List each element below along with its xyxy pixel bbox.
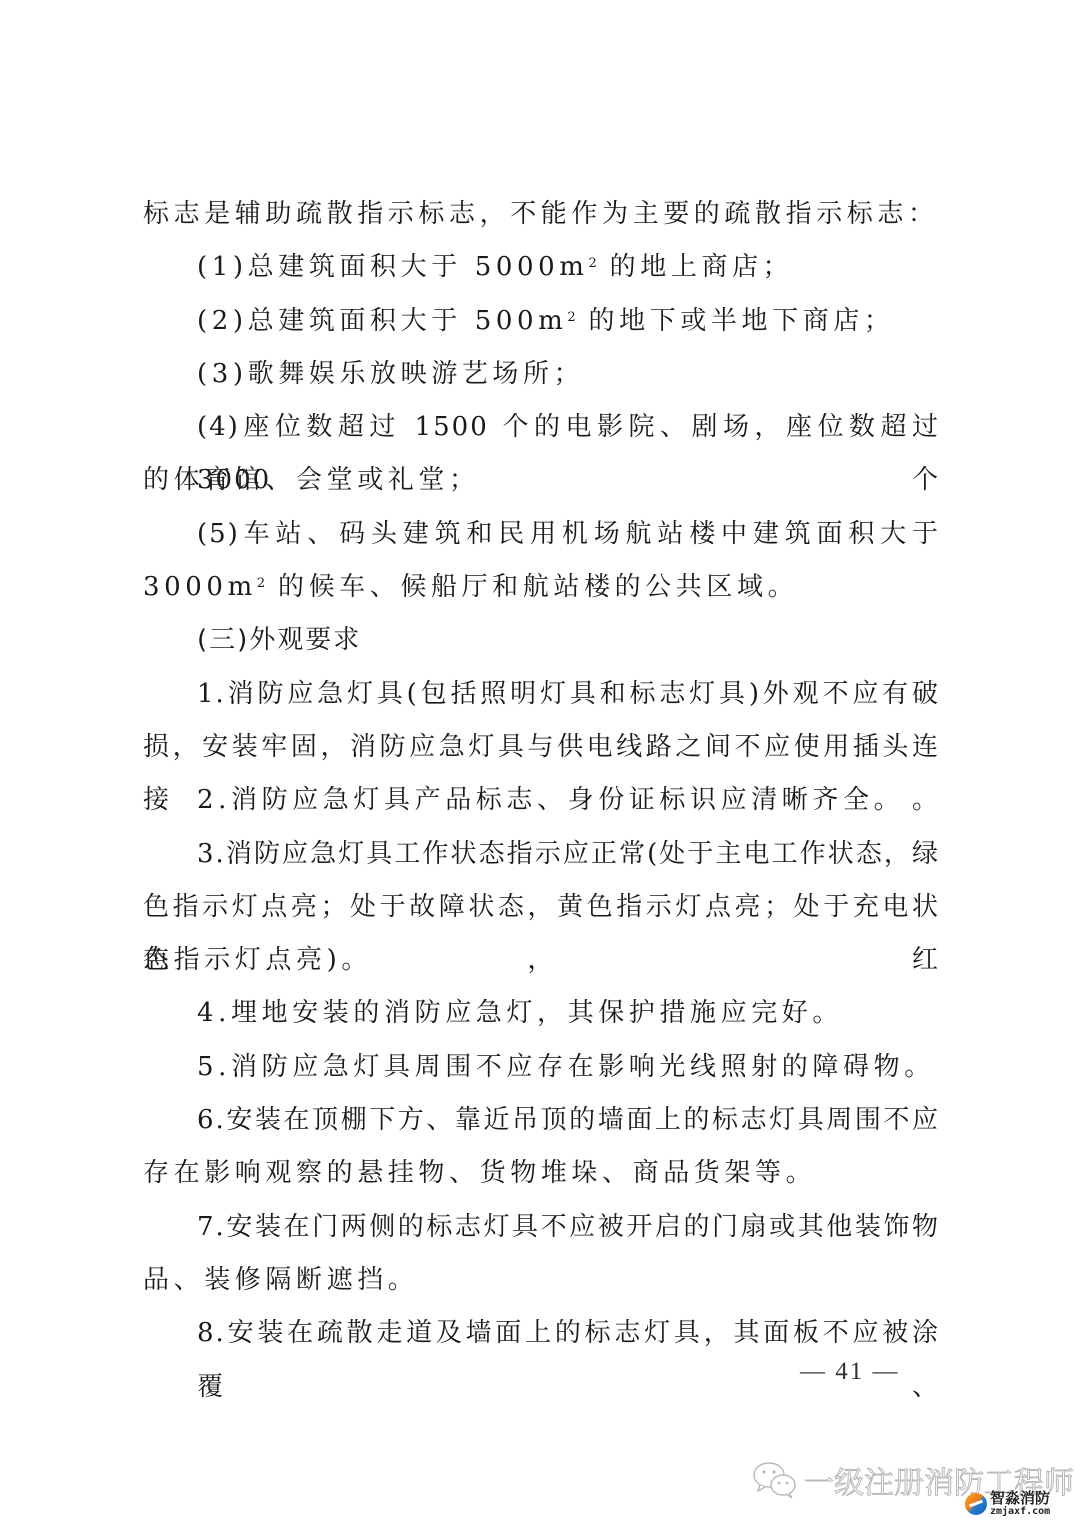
line-text: 5.消防应急灯具周围不应存在影响光线照射的障碍物。 (197, 1052, 935, 1082)
superscript: 2 (257, 576, 265, 591)
list-item-3: (3)歌舞娱乐放映游艺场所； (143, 348, 943, 401)
item-1: 1.消防应急灯具(包括照明灯具和标志灯具)外观不应有破 (143, 668, 940, 721)
text-line-7: 3000m2 的候车、候船厅和航站楼的公共区域。 (143, 561, 943, 614)
line-text: (3)歌舞娱乐放映游艺场所； (197, 359, 584, 389)
brand-logo-block: 智淼消防 zmjaxf.com (965, 1491, 1050, 1517)
line-text: 的地下或半地下商店； (576, 306, 895, 336)
document-body: 标志是辅助疏散指示标志，不能作为主要的疏散指示标志： (1)总建筑面积大于 50… (143, 188, 943, 1361)
superscript: 2 (567, 310, 575, 325)
line-text: 3000m (143, 572, 257, 602)
brand-name: 智淼消防 (990, 1491, 1050, 1506)
text-line-20: 品、装修隔断遮挡。 (143, 1254, 943, 1307)
item-2: 2.消防应急灯具产品标志、身份证标识应清晰齐全。 (143, 774, 943, 827)
item-8: 8.安装在疏散走道及墙面上的标志灯具，其面板不应被涂覆、 (143, 1307, 940, 1360)
text-line-0: 标志是辅助疏散指示标志，不能作为主要的疏散指示标志： (143, 188, 943, 241)
line-text: 的候车、候船厅和航站楼的公共区域。 (265, 572, 798, 602)
list-item-4: (4)座位数超过 1500 个的电影院、剧场，座位数超过 3000 个 (143, 401, 940, 454)
line-text: 的地上商店； (597, 252, 793, 282)
text-line-13: 色指示灯点亮；处于故障状态，黄色指示灯点亮；处于充电状态，红 (143, 881, 940, 934)
list-item-2: (2)总建筑面积大于 500m2 的地下或半地下商店； (143, 295, 943, 348)
page-number: — 41 — (800, 1358, 900, 1386)
line-text: 1.消防应急灯具(包括照明灯具和标志灯具)外观不应有破 (197, 679, 940, 709)
line-text: 3.消防应急灯具工作状态指示应正常(处于主电工作状态，绿 (197, 839, 940, 869)
item-6: 6.安装在顶棚下方、靠近吊顶的墙面上的标志灯具周围不应 (143, 1094, 940, 1147)
line-text: 品、装修隔断遮挡。 (143, 1265, 418, 1295)
line-text: 存在影响观察的悬挂物、货物堆垛、商品货架等。 (143, 1158, 816, 1188)
line-text: 6.安装在顶棚下方、靠近吊顶的墙面上的标志灯具周围不应 (197, 1105, 940, 1135)
line-text: (2)总建筑面积大于 500m (197, 306, 567, 336)
line-text: 4.埋地安装的消防应急灯，其保护措施应完好。 (197, 998, 843, 1028)
item-7: 7.安装在门两侧的标志灯具不应被开启的门扇或其他装饰物 (143, 1201, 940, 1254)
line-text: (5)车站、码头建筑和民用机场航站楼中建筑面积大于 (197, 519, 940, 549)
item-3: 3.消防应急灯具工作状态指示应正常(处于主电工作状态，绿 (143, 828, 940, 881)
item-4: 4.埋地安装的消防应急灯，其保护措施应完好。 (143, 987, 943, 1040)
line-text: 的体育馆、会堂或礼堂； (143, 465, 480, 495)
brand-logo-icon (965, 1493, 987, 1515)
list-item-5: (5)车站、码头建筑和民用机场航站楼中建筑面积大于 (143, 508, 940, 561)
text-line-18: 存在影响观察的悬挂物、货物堆垛、商品货架等。 (143, 1147, 943, 1200)
text-line-10: 损，安装牢固，消防应急灯具与供电线路之间不应使用插头连接。 (143, 721, 940, 774)
list-item-1: (1)总建筑面积大于 5000m2 的地上商店； (143, 241, 943, 294)
section-heading: (三)外观要求 (143, 614, 943, 667)
heading-text: (三)外观要求 (197, 625, 361, 655)
line-text: 色指示灯点亮)。 (143, 945, 372, 975)
brand-text: 智淼消防 zmjaxf.com (990, 1491, 1050, 1517)
line-text: 7.安装在门两侧的标志灯具不应被开启的门扇或其他装饰物 (197, 1212, 940, 1242)
line-text: 标志是辅助疏散指示标志，不能作为主要的疏散指示标志： (143, 199, 939, 229)
line-text: (1)总建筑面积大于 5000m (197, 252, 589, 282)
item-5: 5.消防应急灯具周围不应存在影响光线照射的障碍物。 (143, 1041, 943, 1094)
line-text: 2.消防应急灯具产品标志、身份证标识应清晰齐全。 (197, 785, 904, 815)
wechat-icon (752, 1460, 798, 1500)
brand-url: zmjaxf.com (990, 1507, 1050, 1517)
superscript: 2 (589, 256, 597, 271)
